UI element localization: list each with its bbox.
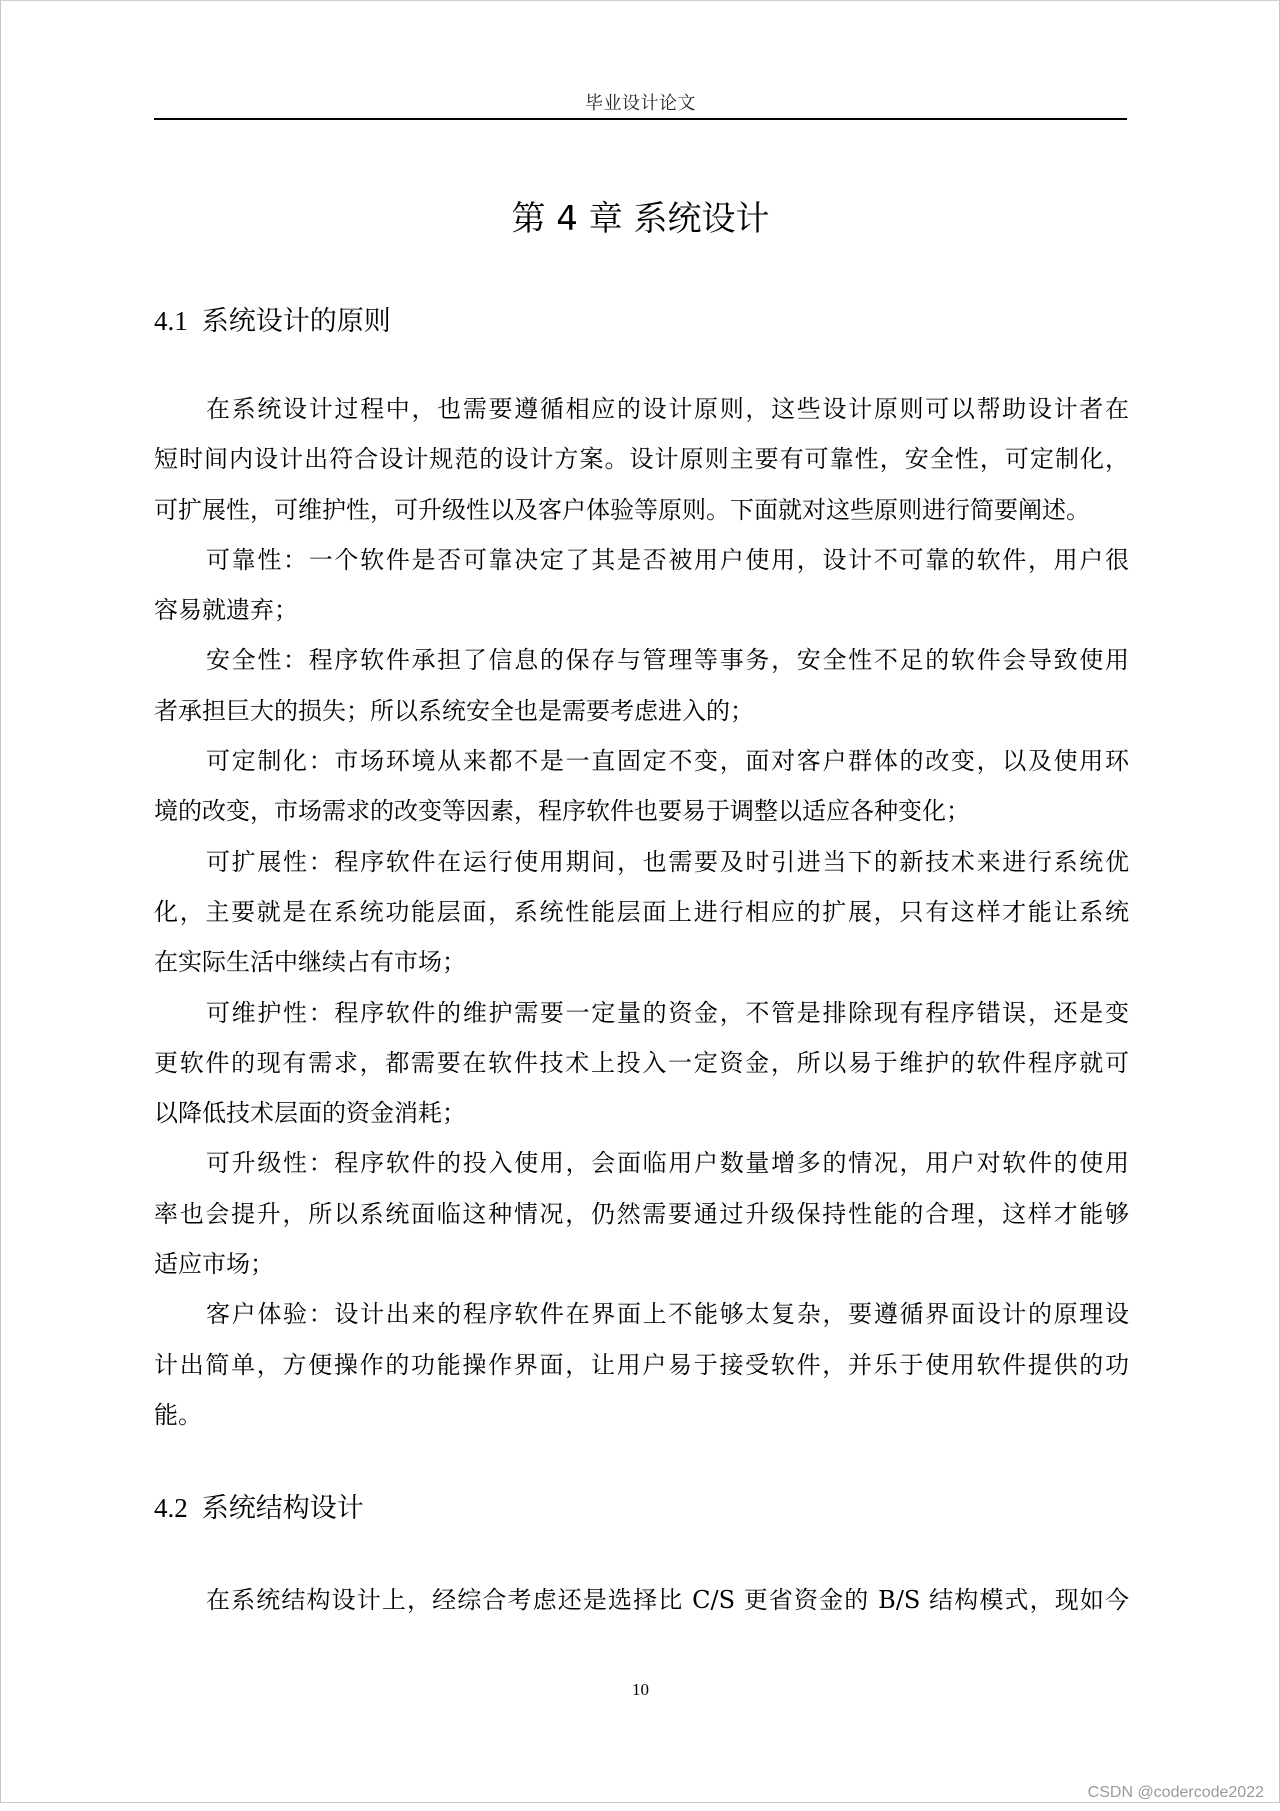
header-rule <box>154 118 1127 120</box>
paragraph-maintainability-line: 更软件的现有需求，都需要在软件技术上投入一定资金，所以易于维护的软件程序就可 <box>154 1038 1129 1088</box>
paragraph-maintainability-line: 可维护性：程序软件的维护需要一定量的资金，不管是排除现有程序错误，还是变 <box>154 988 1129 1038</box>
paragraph-customizability-line: 境的改变，市场需求的改变等因素，程序软件也要易于调整以适应各种变化； <box>154 786 1129 836</box>
paragraph-user-experience-line: 计出简单，方便操作的功能操作界面，让用户易于接受软件，并乐于使用软件提供的功 <box>154 1340 1129 1390</box>
section-number: 4.1 <box>154 306 188 336</box>
paragraph-upgradability-line: 率也会提升，所以系统面临这种情况，仍然需要通过升级保持性能的合理，这样才能够 <box>154 1189 1129 1239</box>
paragraph-user-experience-line: 能。 <box>154 1390 1129 1440</box>
paragraph-user-experience-line: 客户体验：设计出来的程序软件在界面上不能够太复杂，要遵循界面设计的原理设 <box>154 1289 1129 1339</box>
section-heading-4-1: 4.1系统设计的原则 <box>154 303 391 340</box>
running-header: 毕业设计论文 <box>154 93 1127 115</box>
paragraph-extensibility-line: 在实际生活中继续占有市场； <box>154 937 1129 987</box>
section-heading-4-2: 4.2系统结构设计 <box>154 1490 364 1527</box>
paragraph-intro-line: 短时间内设计出符合设计规范的设计方案。设计原则主要有可靠性，安全性，可定制化， <box>154 434 1129 484</box>
document-page: 毕业设计论文 第 4 章 系统设计 4.1系统设计的原则 在系统设计过程中，也需… <box>0 0 1280 1803</box>
paragraph-customizability-line: 可定制化：市场环境从来都不是一直固定不变，面对客户群体的改变，以及使用环 <box>154 736 1129 786</box>
section-title: 系统设计的原则 <box>202 306 391 337</box>
paragraph-reliability-line: 容易就遗弃； <box>154 585 1129 635</box>
section-title: 系统结构设计 <box>202 1493 364 1524</box>
paragraph-extensibility-line: 化，主要就是在系统功能层面，系统性能层面上进行相应的扩展，只有这样才能让系统 <box>154 887 1129 937</box>
paragraph-architecture-line: 在系统结构设计上，经综合考虑还是选择比 C/S 更省资金的 B/S 结构模式，现… <box>154 1575 1129 1625</box>
paragraph-intro-line: 可扩展性，可维护性，可升级性以及客户体验等原则。下面就对这些原则进行简要阐述。 <box>154 485 1129 535</box>
chapter-title: 第 4 章 系统设计 <box>154 197 1127 241</box>
paragraph-security-line: 安全性：程序软件承担了信息的保存与管理等事务，安全性不足的软件会导致使用 <box>154 635 1129 685</box>
section-number: 4.2 <box>154 1493 188 1523</box>
paragraph-maintainability-line: 以降低技术层面的资金消耗； <box>154 1088 1129 1138</box>
section-4-1-body: 在系统设计过程中，也需要遵循相应的设计原则，这些设计原则可以帮助设计者在 短时间… <box>154 384 1129 1440</box>
paragraph-upgradability-line: 可升级性：程序软件的投入使用，会面临用户数量增多的情况，用户对软件的使用 <box>154 1138 1129 1188</box>
watermark: CSDN @codercode2022 <box>1088 1784 1264 1802</box>
paragraph-security-line: 者承担巨大的损失；所以系统安全也是需要考虑进入的； <box>154 686 1129 736</box>
paragraph-extensibility-line: 可扩展性：程序软件在运行使用期间，也需要及时引进当下的新技术来进行系统优 <box>154 837 1129 887</box>
paragraph-intro-line: 在系统设计过程中，也需要遵循相应的设计原则，这些设计原则可以帮助设计者在 <box>154 384 1129 434</box>
page-number: 10 <box>154 1679 1127 1701</box>
paragraph-upgradability-line: 适应市场； <box>154 1239 1129 1289</box>
section-4-2-body: 在系统结构设计上，经综合考虑还是选择比 C/S 更省资金的 B/S 结构模式，现… <box>154 1575 1129 1625</box>
paragraph-reliability-line: 可靠性：一个软件是否可靠决定了其是否被用户使用，设计不可靠的软件，用户很 <box>154 535 1129 585</box>
